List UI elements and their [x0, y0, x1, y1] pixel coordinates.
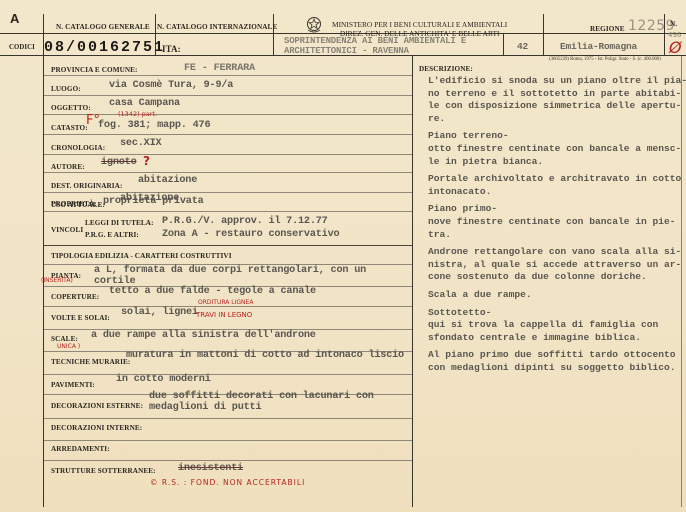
- descrizione-paragraph: Al piano primo due soffitti tardo ottoce…: [428, 349, 680, 374]
- row-rule: [44, 192, 412, 193]
- coperture-value: tetto a due falde - tegole a canale: [109, 286, 316, 297]
- soprintendenza-line1: SOPRINTENDENZA AI BENI AMBIENTALI E: [284, 36, 466, 46]
- row-rule: [44, 154, 412, 155]
- luogo-value: via Cosmè Tura, 9-9/a: [109, 80, 233, 91]
- luogo-label: LUOGO:: [51, 85, 81, 93]
- descrizione-paragraph: Scala a due rampe.: [428, 289, 680, 302]
- strutture-sotterranee-label: STRUTTURE SOTTERRANEE:: [51, 467, 156, 475]
- autore-label: AUTORE:: [51, 163, 85, 171]
- decorazioni-interne-label: DECORAZIONI INTERNE:: [51, 424, 142, 432]
- autore-value: ignoto: [101, 157, 136, 168]
- row-rule: [44, 134, 412, 135]
- row-rule: [44, 440, 412, 441]
- soprintendenza-line2: ARCHITETTONICI - RAVENNA: [284, 46, 409, 56]
- volte-solai-label: VOLTE e SOLAI:: [51, 314, 110, 322]
- scale-annotation: UNICA ): [57, 343, 80, 350]
- tecniche-murarie-value: muratura in mattoni di cotto ad intonaco…: [126, 350, 404, 361]
- strutture-annotation: © R.S. : FOND. NON ACCERTABILI: [150, 478, 305, 487]
- regione-value: Emilia-Romagna: [560, 41, 637, 52]
- form-right-border: [681, 56, 682, 507]
- ita-label: ITA:: [162, 44, 181, 54]
- tipologia-title: TIPOLOGIA EDILIZIA - CARATTERI COSTRUTTI…: [51, 252, 232, 260]
- decorazioni-esterne-line2: medaglioni di putti: [149, 402, 261, 413]
- tecniche-murarie-label: TECNICHE MURARIE:: [51, 358, 130, 366]
- scale-label: SCALE:: [51, 335, 78, 343]
- vincoli-top-rule: [44, 245, 412, 246]
- descrizione-text: L'edificio si snoda su un piano oltre il…: [428, 75, 680, 379]
- row-rule: [44, 75, 412, 76]
- row-rule: [44, 211, 412, 212]
- provincia-value: FE - FERRARA: [184, 63, 255, 74]
- row-rule: [44, 306, 412, 307]
- row-rule: [44, 172, 412, 173]
- descrizione-paragraph: Androne rettangolare con vano scala alla…: [428, 246, 680, 284]
- italian-republic-emblem-icon: [306, 16, 322, 34]
- autore-annotation: ?: [143, 154, 150, 168]
- catalogo-generale-header: N. CATALOGO GENERALE: [56, 23, 150, 31]
- catalogo-internazionale-header: N. CATALOGO INTERNAZIONALE: [157, 23, 277, 31]
- catasto-annotation-above: (1342) part.: [118, 110, 157, 118]
- form-divider: [412, 56, 413, 507]
- ministry-line1: MINISTERO PER I BENI CULTURALI E AMBIENT…: [332, 20, 507, 29]
- printer-note: (3605239) Roma, 1975 - Ist. Poligr. Stat…: [549, 57, 661, 62]
- catalogo-generale-number: 08/00162751: [44, 39, 165, 56]
- regione-header: REGIONE: [590, 25, 625, 33]
- vincoli-prg-value: Zona A - restauro conservativo: [162, 229, 339, 240]
- cronologia-label: CRONOLOGIA:: [51, 144, 105, 152]
- coperture-label: COPERTURE:: [51, 293, 99, 301]
- pavimenti-value: in cotto moderni: [116, 374, 211, 385]
- section-letter: A: [10, 11, 19, 26]
- vincoli-leggi-label: LEGGI DI TUTELA:: [85, 219, 154, 227]
- strutture-sotterranee-value: inesistenti: [178, 463, 243, 474]
- oggetto-value: casa Campana: [109, 98, 180, 109]
- provincia-label: PROVINCIA E COMUNE:: [51, 66, 138, 74]
- descrizione-paragraph: Portale archivoltato e architravato in c…: [428, 173, 680, 198]
- rule-v5: [543, 14, 544, 56]
- volte-solai-annotation: TRAVI IN LEGNO: [196, 311, 252, 319]
- vincoli-prg-label: P.R.G. E ALTRI:: [85, 231, 139, 239]
- vincoli-leggi-value: P.R.G./V. approv. il 7.12.77: [162, 216, 328, 227]
- pianta-value-line1: a L, formata da due corpi rettangolari, …: [94, 265, 366, 276]
- n-slashed-zero-mark: Ø: [669, 38, 682, 57]
- decorazioni-esterne-line1: due soffitti decorati con lacunari con: [149, 391, 374, 402]
- catasto-label: CATASTO:: [51, 124, 88, 132]
- cronologia-value: sec.XIX: [120, 138, 161, 149]
- arredamenti-label: ARREDAMENTI:: [51, 445, 110, 453]
- dest-originaria-value: abitazione: [138, 175, 197, 186]
- row-rule: [44, 418, 412, 419]
- catasto-value: fog. 381; mapp. 476: [98, 120, 210, 131]
- catalog-card: A N. CATALOGO GENERALE N. CATALOGO INTER…: [0, 0, 686, 512]
- proprieta-label: PROPRIETÀ:: [51, 200, 97, 208]
- region-code: 42: [517, 41, 528, 52]
- dest-originaria-label: DEST. ORIGINARIA:: [51, 182, 122, 190]
- descrizione-paragraph: Piano terreno- otto finestre centinate c…: [428, 130, 680, 168]
- volte-solai-value: solai, lignei: [121, 307, 198, 318]
- n-header: N.: [670, 20, 677, 28]
- descrizione-paragraph: Sottotetto- qui si trova la cappella di …: [428, 307, 680, 345]
- pavimenti-label: PAVIMENTI:: [51, 381, 95, 389]
- descrizione-paragraph: Piano primo- nove finestre centinate con…: [428, 203, 680, 241]
- codici-label: CODICI: [9, 44, 35, 51]
- row-rule: [44, 95, 412, 96]
- decorazioni-esterne-label: DECORAZIONI ESTERNE:: [51, 402, 143, 410]
- scale-value: a due rampe alla sinistra dell'androne: [91, 330, 316, 341]
- descrizione-paragraph: L'edificio si snoda su un piano oltre il…: [428, 75, 680, 125]
- vincoli-label: VINCOLI: [51, 226, 83, 234]
- row-rule: [44, 460, 412, 461]
- oggetto-label: OGGETTO:: [51, 104, 91, 112]
- rule-v3: [273, 14, 274, 56]
- pianta-annotation: (INSERITA): [41, 277, 73, 284]
- proprieta-value: proprietà privata: [103, 196, 204, 207]
- descrizione-label: DESCRIZIONE:: [419, 65, 473, 73]
- coperture-annotation: ORDITURA LIGNEA: [198, 299, 253, 306]
- row-rule: [44, 374, 412, 375]
